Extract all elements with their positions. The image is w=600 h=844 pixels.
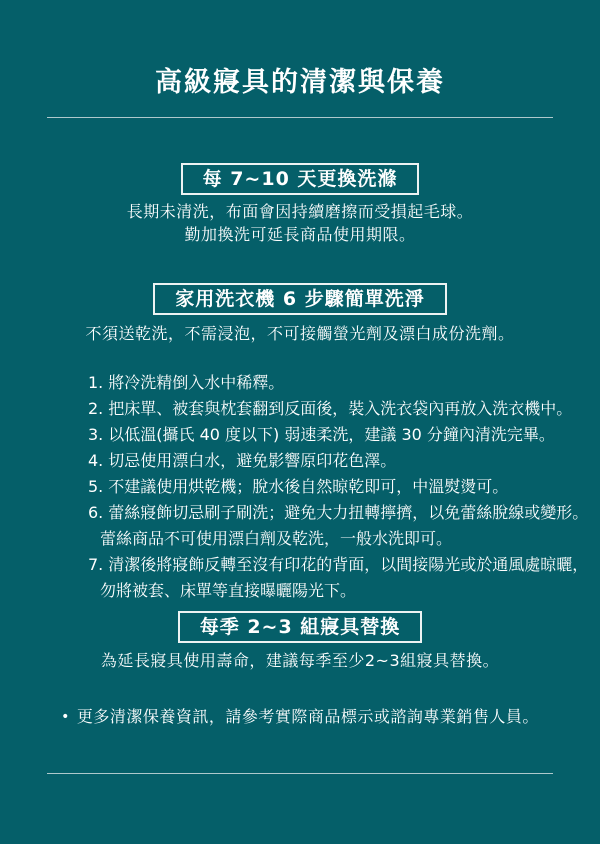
replace-heading: 每季 2~3 組寢具替換 (200, 616, 401, 638)
step-text: 切忌使用漂白水，避免影響原印花色澤。 (108, 451, 396, 470)
step-text: 蕾絲寢飾切忌刷子刷洗；避免大力扭轉擰擠，以免蕾絲脫線或變形。 (108, 503, 588, 522)
step-text: 把床單、被套與枕套翻到反面後，裝入洗衣袋內再放入洗衣機中。 (108, 399, 572, 418)
replace-line1: 為延長寢具使用壽命，建議每季至少2~3組寢具替換。 (0, 649, 600, 672)
wash-steps-list: 1.將冷洗精倒入水中稀釋。 2.把床單、被套與枕套翻到反面後，裝入洗衣袋內再放入… (88, 370, 590, 604)
step-number: 6. (88, 503, 103, 522)
machine-wash-heading-row: 家用洗衣機 6 步驟簡單洗淨 (0, 283, 600, 315)
replace-heading-box: 每季 2~3 組寢具替換 (178, 611, 423, 643)
machine-wash-heading: 家用洗衣機 6 步驟簡單洗淨 (175, 288, 424, 310)
step-number: 5. (88, 477, 103, 496)
wash-cycle-heading-row: 每 7~10 天更換洗滌 (0, 163, 600, 195)
step-text-continued: 蕾絲商品不可使用漂白劑及乾洗，一般水洗即可。 (88, 526, 590, 552)
page-title: 高級寢具的清潔與保養 (0, 0, 600, 100)
bottom-divider (47, 773, 553, 774)
step-line: 7.清潔後將寢飾反轉至沒有印花的背面，以間接陽光或於通風處晾曬， (88, 552, 590, 578)
step-text: 不建議使用烘乾機；脫水後自然晾乾即可，中溫熨燙可。 (108, 477, 508, 496)
step-line: 3.以低溫(攝氏 40 度以下) 弱速柔洗，建議 30 分鐘內清洗完畢。 (88, 422, 590, 448)
bedding-care-page: 高級寢具的清潔與保養 每 7~10 天更換洗滌 長期未清洗，布面會因持續磨擦而受… (0, 0, 600, 844)
machine-wash-intro-line: 不須送乾洗，不需浸泡，不可接觸螢光劑及漂白成份洗劑。 (0, 322, 600, 345)
step-line: 5.不建議使用烘乾機；脫水後自然晾乾即可，中溫熨燙可。 (88, 474, 590, 500)
step-text-continued: 勿將被套、床單等直接曝曬陽光下。 (88, 578, 590, 604)
top-divider (47, 117, 553, 118)
step-item-6: 6.蕾絲寢飾切忌刷子刷洗；避免大力扭轉擰擠，以免蕾絲脫線或變形。 蕾絲商品不可使… (88, 500, 590, 552)
step-line: 1.將冷洗精倒入水中稀釋。 (88, 370, 590, 396)
wash-cycle-paragraph: 長期未清洗，布面會因持續磨擦而受損起毛球。 勤加換洗可延長商品使用期限。 (0, 200, 600, 246)
replace-heading-row: 每季 2~3 組寢具替換 (0, 611, 600, 643)
step-number: 2. (88, 399, 103, 418)
machine-wash-intro: 不須送乾洗，不需浸泡，不可接觸螢光劑及漂白成份洗劑。 (0, 322, 600, 345)
bullet-icon: • (61, 709, 70, 725)
wash-cycle-line1: 長期未清洗，布面會因持續磨擦而受損起毛球。 (0, 200, 600, 223)
step-item-5: 5.不建議使用烘乾機；脫水後自然晾乾即可，中溫熨燙可。 (88, 474, 590, 500)
footer-note-text: 更多清潔保養資訊，請參考實際商品標示或諮詢專業銷售人員。 (77, 707, 539, 726)
step-number: 3. (88, 425, 103, 444)
step-number: 1. (88, 373, 103, 392)
step-text: 將冷洗精倒入水中稀釋。 (108, 373, 284, 392)
wash-cycle-heading: 每 7~10 天更換洗滌 (203, 168, 398, 190)
wash-cycle-heading-box: 每 7~10 天更換洗滌 (181, 163, 420, 195)
step-line: 6.蕾絲寢飾切忌刷子刷洗；避免大力扭轉擰擠，以免蕾絲脫線或變形。 (88, 500, 590, 526)
footer-note: •更多清潔保養資訊，請參考實際商品標示或諮詢專業銷售人員。 (0, 705, 600, 729)
step-item-1: 1.將冷洗精倒入水中稀釋。 (88, 370, 590, 396)
machine-wash-heading-box: 家用洗衣機 6 步驟簡單洗淨 (153, 283, 446, 315)
step-line: 4.切忌使用漂白水，避免影響原印花色澤。 (88, 448, 590, 474)
step-item-2: 2.把床單、被套與枕套翻到反面後，裝入洗衣袋內再放入洗衣機中。 (88, 396, 590, 422)
step-number: 4. (88, 451, 103, 470)
step-number: 7. (88, 555, 103, 574)
wash-cycle-line2: 勤加換洗可延長商品使用期限。 (0, 223, 600, 246)
step-text: 清潔後將寢飾反轉至沒有印花的背面，以間接陽光或於通風處晾曬， (108, 555, 588, 574)
step-line: 2.把床單、被套與枕套翻到反面後，裝入洗衣袋內再放入洗衣機中。 (88, 396, 590, 422)
step-item-4: 4.切忌使用漂白水，避免影響原印花色澤。 (88, 448, 590, 474)
step-text: 以低溫(攝氏 40 度以下) 弱速柔洗，建議 30 分鐘內清洗完畢。 (108, 425, 555, 444)
step-item-7: 7.清潔後將寢飾反轉至沒有印花的背面，以間接陽光或於通風處晾曬， 勿將被套、床單… (88, 552, 590, 604)
replace-paragraph: 為延長寢具使用壽命，建議每季至少2~3組寢具替換。 (0, 649, 600, 672)
step-item-3: 3.以低溫(攝氏 40 度以下) 弱速柔洗，建議 30 分鐘內清洗完畢。 (88, 422, 590, 448)
